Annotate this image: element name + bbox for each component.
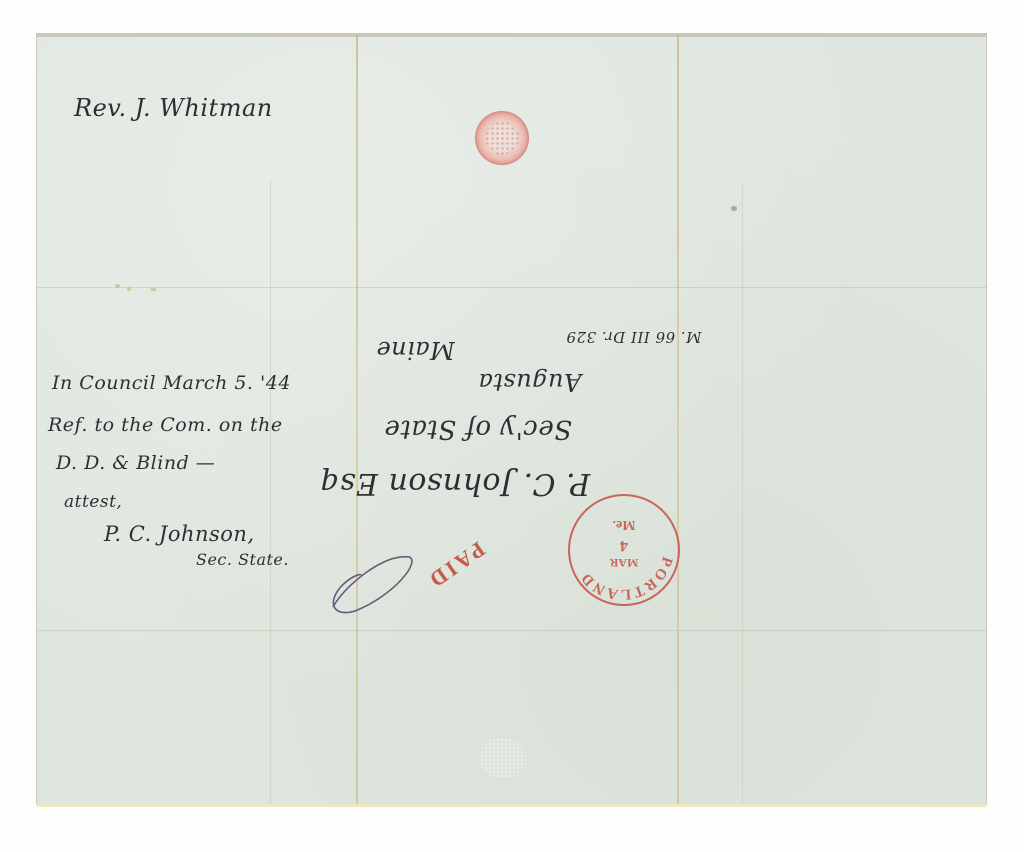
postmark-month: MAR [570,555,678,570]
crease-right [742,184,743,804]
foxing-spot [150,288,157,291]
postmark-state: Me. [570,516,678,532]
docket-name: Rev. J. Whitman [74,94,273,122]
endorsement-line-5: P. C. Johnson, [104,522,255,546]
foxing-spot [127,287,131,291]
paper-bottom-edge [37,804,986,807]
crease-h2 [37,630,986,631]
foxing-spot [731,206,737,211]
foxing-spot [115,284,120,288]
endorsement-line-2: Ref. to the Com. on the [48,414,283,436]
endorsement-line-1: In Council March 5. '44 [52,372,291,394]
crease-left [270,179,271,804]
address-line-4: Maine [376,336,455,364]
fold-line-right [677,34,679,804]
endorsement-line-6: Sec. State. [196,550,289,569]
fold-line-left [356,34,358,804]
pen-flourish-icon [325,545,417,615]
wax-seal-icon [475,111,529,165]
endorsement-line-3: D. D. & Blind — [56,452,215,474]
address-line-2: Sec'y of State [384,414,572,444]
emboss-mark-icon [480,738,526,778]
endorsement-line-4: attest, [64,492,122,512]
postmark-day: 4 [570,536,678,554]
address-line-3: Augusta [478,368,581,396]
archival-note: M. 66 III Dr. 329 [566,328,702,346]
crease-h1 [37,287,986,288]
paper-top-edge [37,34,986,37]
portland-postmark: PORTLAND MAR 4 Me. [568,494,680,606]
address-line-1: P. C. Johnson Esq [320,466,590,501]
